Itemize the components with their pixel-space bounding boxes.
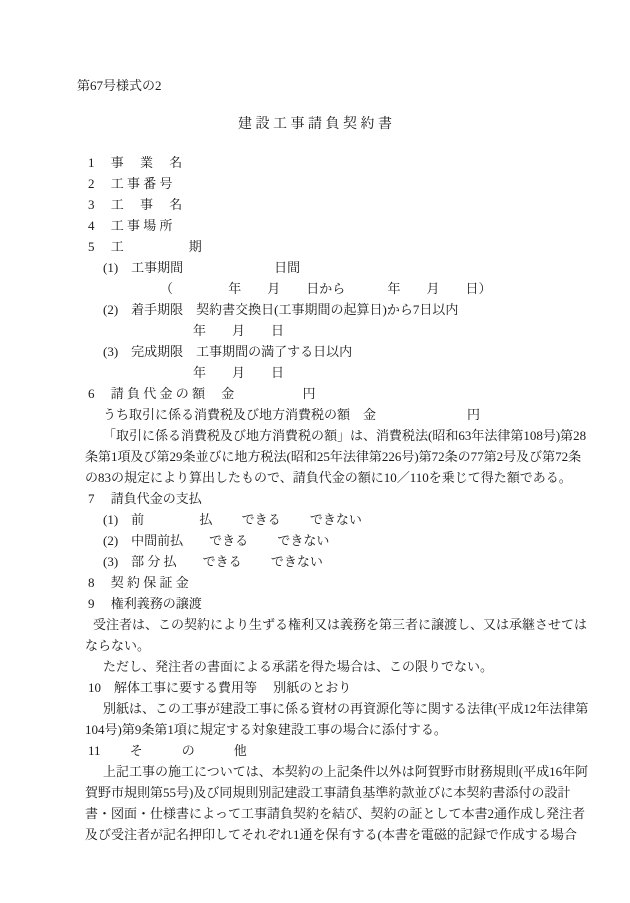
document-line: 10 解体工事に要する費用等 別紙のとおり: [88, 677, 630, 698]
document-line: 6 請 負 代 金 の 額 金 円: [88, 383, 630, 404]
document-line: 年 月 日: [193, 320, 630, 341]
form-number: 第67号様式の2: [77, 0, 630, 96]
document-title: 建 設 工 事 請 負 契 約 書: [0, 114, 630, 135]
document-line: 3 工 事 名: [88, 194, 630, 215]
document-line: 条第1項及び第29条並びに地方税法(昭和25年法律第226号)第72条の77第2…: [85, 446, 630, 467]
document-line: (1) 前 払 できる できない: [103, 509, 630, 530]
document-line: 9 権利義務の譲渡: [88, 593, 630, 614]
document-line: ただし、発注者の書面による承諾を得た場合は、この限りでない。: [103, 656, 630, 677]
document-line: 4 工 事 場 所: [88, 215, 630, 236]
document-line: 7 請負代金の支払: [88, 488, 630, 509]
document-line: 別紙は、この工事が建設工事に係る資材の再資源化等に関する法律(平成12年法律第: [103, 698, 630, 719]
document-line: 書・図面・仕様書によって工事請負契約を結び、契約の証として本書2通作成し発注者: [85, 803, 630, 824]
document-line: 104号)第9条第1項に規定する対象建設工事の場合に添付する。: [85, 719, 630, 740]
document-line: 及び受注者が記名押印してそれぞれ1通を保有する(本書を電磁的記録で作成する場合: [85, 824, 630, 845]
document-line: 8 契 約 保 証 金: [88, 572, 630, 593]
document-line: 「取引に係る消費税及び地方消費税の額」は、消費税法(昭和63年法律第108号)第…: [103, 425, 630, 446]
document-line: （ 年 月 日から 年 月 日）: [160, 278, 630, 299]
document-line: 年 月 日: [193, 362, 630, 383]
document-line: 11 そ の 他: [88, 740, 630, 761]
document-line: うち取引に係る消費税及び地方消費税の額 金 円: [103, 404, 630, 425]
document-line: (3) 部 分 払 できる できない: [103, 551, 630, 572]
document-body: 1 事 業 名2 工 事 番 号3 工 事 名4 工 事 場 所5 工 期(1)…: [0, 152, 630, 845]
document-line: ならない。: [85, 635, 630, 656]
document-line: (2) 中間前払 できる できない: [103, 530, 630, 551]
document-line: 5 工 期: [88, 236, 630, 257]
document-line: 2 工 事 番 号: [88, 173, 630, 194]
document-line: 1 事 業 名: [88, 152, 630, 173]
document-line: 上記工事の施工については、本契約の上記条件以外は阿賀野市財務規則(平成16年阿: [103, 761, 630, 782]
document-line: 受注者は、この契約により生ずる権利又は義務を第三者に譲渡し、又は承継させては: [93, 614, 630, 635]
document-line: の83の規定により算出したもので、請負代金の額に10／110を乗じて得た額である…: [85, 467, 630, 488]
contract-document-page: 第67号様式の2 建 設 工 事 請 負 契 約 書 1 事 業 名2 工 事 …: [0, 0, 630, 903]
document-line: (1) 工事期間 日間: [103, 257, 630, 278]
document-line: 賀野市規則第55号)及び同規則別記建設工事請負基準約款並びに本契約書添付の設計: [85, 782, 630, 803]
document-line: (3) 完成期限 工事期間の満了する日以内: [103, 341, 630, 362]
document-line: (2) 着手期限 契約書交換日(工事期間の起算日)から7日以内: [103, 299, 630, 320]
